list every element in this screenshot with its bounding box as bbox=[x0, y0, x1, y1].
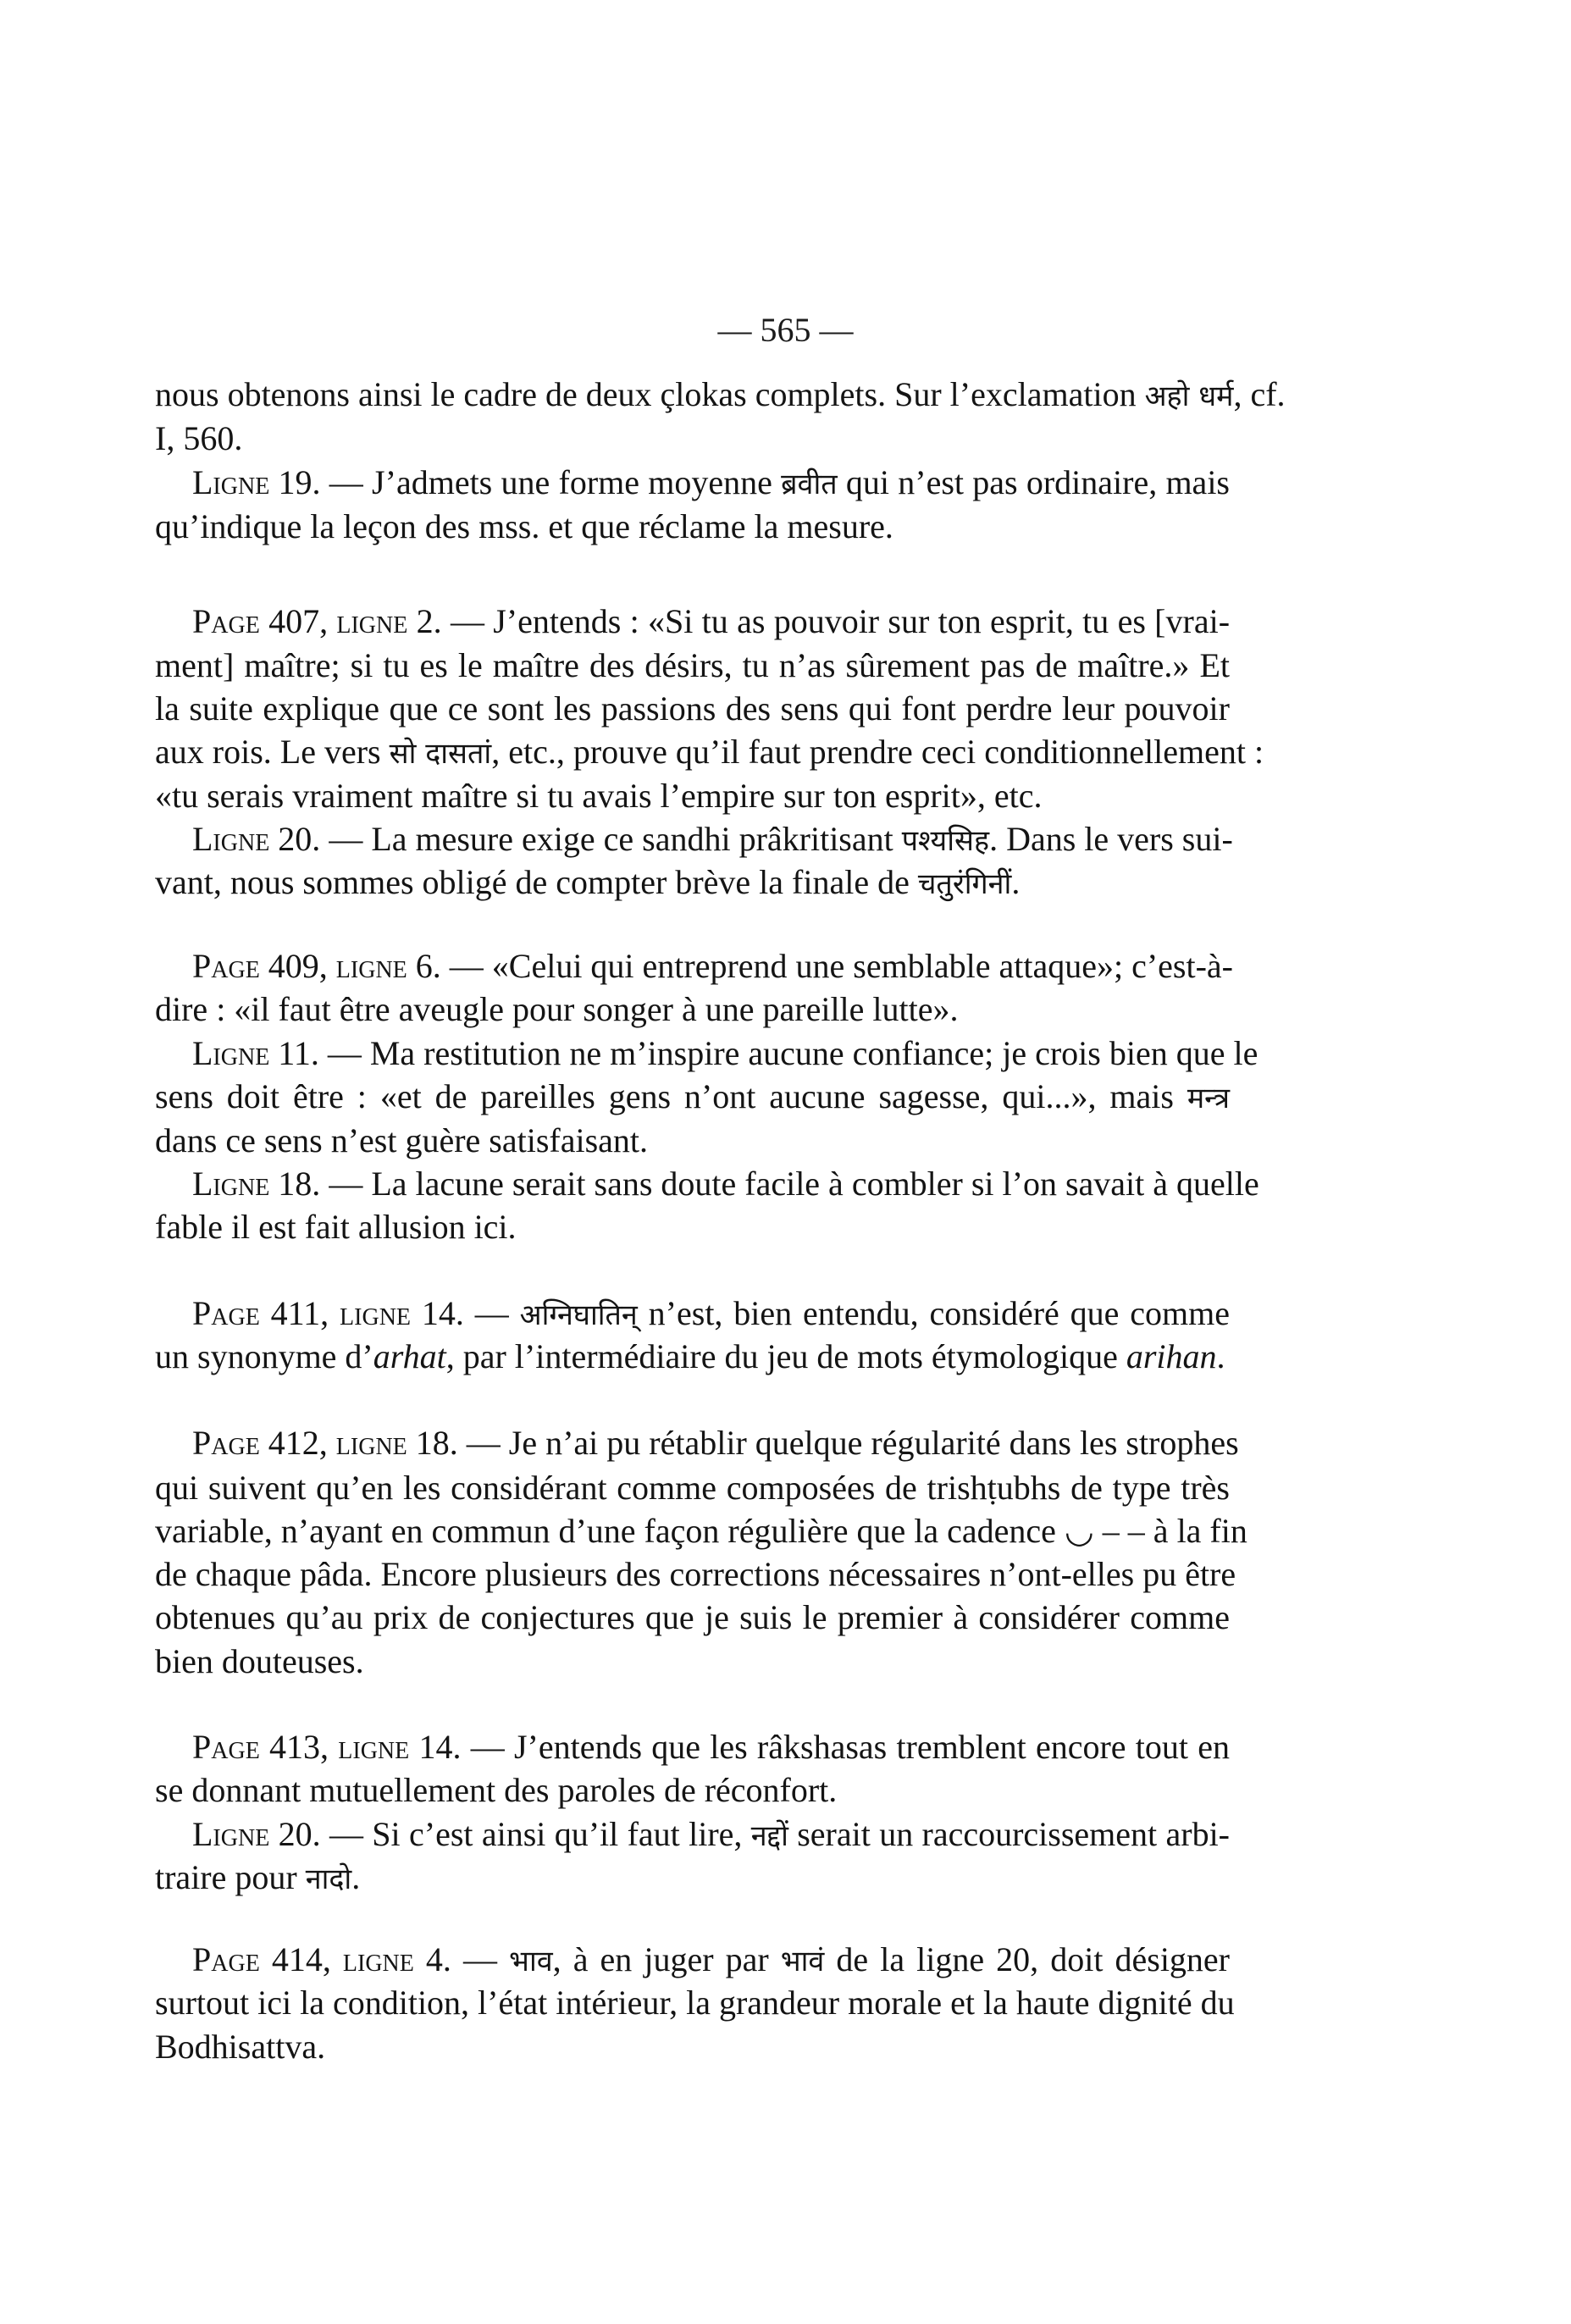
text-line: la suite explique que ce sont les passio… bbox=[155, 690, 1230, 728]
text-line: Page 412, ligne 18. — Je n’ai pu rétabli… bbox=[192, 1425, 1230, 1462]
text-line: vant, nous sommes obligé de compter brèv… bbox=[155, 864, 1230, 901]
text-run: surtout ici la condition, l’état intérie… bbox=[155, 1984, 1235, 2022]
reference-heading: Page 414, ligne 4. bbox=[192, 1940, 451, 1978]
text-line: qui suivent qu’en les considérant comme … bbox=[155, 1469, 1230, 1507]
reference-heading: Page 409, ligne 6. bbox=[192, 947, 441, 985]
text-line: Ligne 20. — Si c’est ainsi qu’il faut li… bbox=[192, 1816, 1230, 1853]
reference-heading: Ligne 19. bbox=[192, 463, 321, 501]
text-run: ment] maître; si tu es le maître des dés… bbox=[155, 646, 1230, 684]
text-line: dire : «il faut être aveugle pour songer… bbox=[155, 991, 1230, 1028]
text-run: se donnant mutuellement des paroles de r… bbox=[155, 1771, 837, 1809]
text-run: — J’entends : «Si tu as pouvoir sur ton … bbox=[442, 602, 1230, 640]
text-line: variable, n’ayant en commun d’une façon … bbox=[155, 1513, 1230, 1550]
text-run: «tu serais vraiment maître si tu avais l… bbox=[155, 777, 1042, 815]
text-line: Page 411, ligne 14. — अग्निघातिन् n’est,… bbox=[192, 1295, 1230, 1332]
text-run: — «Celui qui entreprend une semblable at… bbox=[441, 947, 1233, 985]
text-run: qui suivent qu’en les considérant comme … bbox=[155, 1469, 1230, 1507]
reference-heading: Page 407, ligne 2. bbox=[192, 602, 442, 640]
text-run: nous obtenons ainsi le cadre de deux çlo… bbox=[155, 375, 1145, 413]
text-line: Ligne 20. — La mesure exige ce sandhi pr… bbox=[192, 821, 1230, 858]
text-run: — Ma restitution ne m’inspire aucune con… bbox=[319, 1034, 1258, 1072]
text-run: obtenues qu’au prix de conjectures que j… bbox=[155, 1598, 1230, 1636]
devanagari-word: चतुरंगिनीं bbox=[918, 867, 1012, 901]
text-line: ment] maître; si tu es le maître des dés… bbox=[155, 647, 1230, 684]
reference-heading: Ligne 11. bbox=[192, 1034, 319, 1072]
text-run: . bbox=[351, 1858, 360, 1896]
text-line: dans ce sens n’est guère satisfaisant. bbox=[155, 1122, 1230, 1159]
reference-heading: Ligne 18. bbox=[192, 1165, 320, 1203]
reference-heading: Ligne 20. bbox=[192, 820, 320, 858]
devanagari-word: नादो bbox=[306, 1862, 352, 1896]
text-line: surtout ici la condition, l’état intérie… bbox=[155, 1984, 1230, 2022]
text-run: un synonyme d’ bbox=[155, 1337, 373, 1375]
text-run: de chaque pâda. Encore plusieurs des cor… bbox=[155, 1555, 1236, 1593]
text-line: nous obtenons ainsi le cadre de deux çlo… bbox=[155, 376, 1230, 413]
text-run: qu’indique la leçon des mss. et que récl… bbox=[155, 507, 893, 545]
devanagari-word: पश्यसिह bbox=[902, 824, 989, 858]
text-run: fable il est fait allusion ici. bbox=[155, 1208, 517, 1246]
text-run: — bbox=[464, 1294, 520, 1332]
italic-term: arihan bbox=[1126, 1337, 1217, 1375]
text-run: — La mesure exige ce sandhi prâkritisant bbox=[320, 820, 901, 858]
text-run: — bbox=[451, 1940, 509, 1978]
text-run: I, 560. bbox=[155, 419, 242, 457]
reference-heading: Page 413, ligne 14. bbox=[192, 1728, 461, 1766]
reference-heading: Page 412, ligne 18. bbox=[192, 1424, 458, 1462]
text-line: Page 409, ligne 6. — «Celui qui entrepre… bbox=[192, 948, 1230, 985]
text-run: dire : «il faut être aveugle pour songer… bbox=[155, 990, 959, 1028]
text-run: , etc., prouve qu’il faut prendre ceci c… bbox=[491, 733, 1264, 771]
text-line: fable il est fait allusion ici. bbox=[155, 1209, 1230, 1246]
text-run: bien douteuses. bbox=[155, 1642, 364, 1680]
text-line: Ligne 18. — La lacune serait sans doute … bbox=[192, 1165, 1230, 1203]
text-run: serait un raccourcissement arbi- bbox=[788, 1815, 1230, 1853]
text-line: Ligne 11. — Ma restitution ne m’inspire … bbox=[192, 1035, 1230, 1072]
scanned-book-page: — 565 — nous obtenons ainsi le cadre de … bbox=[0, 0, 1571, 2324]
text-line: Page 413, ligne 14. — J’entends que les … bbox=[192, 1729, 1230, 1766]
text-run: — Si c’est ainsi qu’il faut lire, bbox=[321, 1815, 751, 1853]
text-line: «tu serais vraiment maître si tu avais l… bbox=[155, 777, 1230, 815]
text-run: traire pour bbox=[155, 1858, 306, 1896]
text-run: , par l’intermédiaire du jeu de mots éty… bbox=[446, 1337, 1126, 1375]
devanagari-word: अग्निघातिन् bbox=[520, 1298, 638, 1332]
text-run: , à en juger par bbox=[553, 1940, 781, 1978]
text-run: dans ce sens n’est guère satisfaisant. bbox=[155, 1121, 648, 1159]
text-run: . Dans le vers sui- bbox=[989, 820, 1233, 858]
devanagari-word: ब्रवीत bbox=[781, 468, 838, 501]
text-run: qui n’est pas ordinaire, mais bbox=[838, 463, 1230, 501]
text-run: n’est, bien entendu, considéré que comme bbox=[638, 1294, 1230, 1332]
devanagari-word: नद्दों bbox=[751, 1819, 788, 1853]
text-line: de chaque pâda. Encore plusieurs des cor… bbox=[155, 1556, 1230, 1593]
italic-term: arhat bbox=[373, 1337, 446, 1375]
devanagari-word: भाव bbox=[509, 1945, 553, 1978]
text-run: , cf. bbox=[1233, 375, 1285, 413]
text-line: sens doit être : «et de pareilles gens n… bbox=[155, 1078, 1230, 1115]
text-line: Page 407, ligne 2. — J’entends : «Si tu … bbox=[192, 603, 1230, 640]
text-run: — La lacune serait sans doute facile à c… bbox=[320, 1165, 1258, 1203]
text-line: qu’indique la leçon des mss. et que récl… bbox=[155, 508, 1230, 545]
devanagari-word: भावं bbox=[781, 1945, 825, 1978]
text-run: — Je n’ai pu rétablir quelque régularité… bbox=[458, 1424, 1239, 1462]
text-line: traire pour नादो. bbox=[155, 1859, 1230, 1896]
text-line: aux rois. Le vers सो दासतां, etc., prouv… bbox=[155, 733, 1230, 771]
page-number: — 565 — bbox=[0, 312, 1571, 349]
text-run: . bbox=[1011, 863, 1020, 901]
devanagari-word: सो दासतां bbox=[390, 737, 492, 771]
text-line: I, 560. bbox=[155, 420, 1230, 457]
reference-heading: Page 411, ligne 14. bbox=[192, 1294, 464, 1332]
text-line: un synonyme d’arhat, par l’intermédiaire… bbox=[155, 1338, 1230, 1375]
devanagari-word: मन्त्र bbox=[1187, 1082, 1230, 1115]
text-run: sens doit être : «et de pareilles gens n… bbox=[155, 1077, 1187, 1115]
reference-heading: Ligne 20. bbox=[192, 1815, 321, 1853]
text-line: obtenues qu’au prix de conjectures que j… bbox=[155, 1599, 1230, 1636]
text-run: — J’entends que les râkshasas tremblent … bbox=[461, 1728, 1230, 1766]
text-run: — J’admets une forme moyenne bbox=[321, 463, 782, 501]
text-run: de la ligne 20, doit désigner bbox=[824, 1940, 1230, 1978]
text-line: Bodhisattva. bbox=[155, 2028, 1230, 2066]
text-line: Ligne 19. — J’admets une forme moyenne ब… bbox=[192, 464, 1230, 501]
text-line: Page 414, ligne 4. — भाव, à en juger par… bbox=[192, 1941, 1230, 1978]
text-run: variable, n’ayant en commun d’une façon … bbox=[155, 1512, 1247, 1550]
text-line: bien douteuses. bbox=[155, 1643, 1230, 1680]
text-run: la suite explique que ce sont les passio… bbox=[155, 689, 1230, 728]
text-run: aux rois. Le vers bbox=[155, 733, 390, 771]
text-run: vant, nous sommes obligé de compter brèv… bbox=[155, 863, 918, 901]
text-run: . bbox=[1217, 1337, 1225, 1375]
text-line: se donnant mutuellement des paroles de r… bbox=[155, 1772, 1230, 1809]
text-run: Bodhisattva. bbox=[155, 2028, 325, 2066]
devanagari-word: अहो धर्म bbox=[1145, 379, 1234, 413]
